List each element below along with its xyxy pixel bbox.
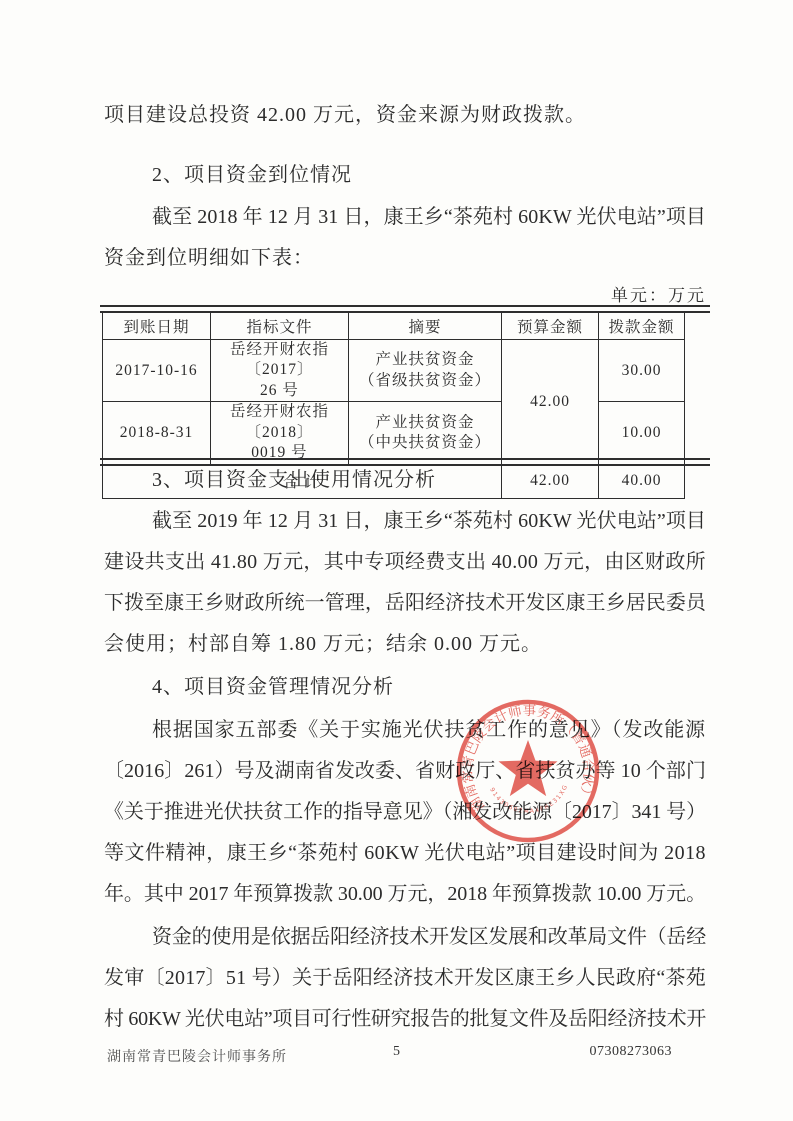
cell-allocated: 30.00 xyxy=(599,340,685,402)
body-line: 等文件精神，康王乡“茶苑村 60KW 光伏电站”项目建设时间为 2018 xyxy=(104,842,706,866)
body-line: 《关于推进光伏扶贫工作的指导意见》（湘发改能源〔2017〕341 号） xyxy=(104,801,706,825)
cell-date: 2017-10-16 xyxy=(103,340,211,402)
column-header-budget: 预算金额 xyxy=(502,313,599,340)
funds-table-wrapper: 到账日期 指标文件 摘要 预算金额 拨款金额 2017-10-16 岳经开财农指… xyxy=(102,312,685,499)
column-header-allocated: 拨款金额 xyxy=(599,313,685,340)
body-line: 截至 2018 年 12 月 31 日，康王乡“茶苑村 60KW 光伏电站”项目 xyxy=(104,206,706,230)
section-heading-4: 4、项目资金管理情况分析 xyxy=(104,676,706,700)
cell-summary: 产业扶贫资金 （省级扶贫资金） xyxy=(349,340,502,402)
body-line: 村 60KW 光伏电站”项目可行性研究报告的批复文件及岳阳经济技术开 xyxy=(104,1008,706,1032)
cell-date: 2018-8-31 xyxy=(103,402,211,464)
body-line: 资金的使用是依据岳阳经济技术开发区发展和改革局文件（岳经 xyxy=(104,926,706,950)
column-header-summary: 摘要 xyxy=(349,313,502,340)
cell-summary: 产业扶贫资金 （中央扶贫资金） xyxy=(349,402,502,464)
cell-budget-merged: 42.00 xyxy=(502,340,599,465)
table-total-row: 合 计 42.00 40.00 xyxy=(103,464,685,498)
cell-allocated: 10.00 xyxy=(599,402,685,464)
body-line: 会使用；村部自筹 1.80 万元；结余 0.00 万元。 xyxy=(104,633,706,657)
body-line: 〔2016〕261）号及湖南省发改委、省财政厅、省扶贫办等 10 个部门 xyxy=(104,760,706,784)
body-line: 资金到位明细如下表： xyxy=(104,247,706,271)
cell-total-budget: 42.00 xyxy=(502,464,599,498)
table-row: 2017-10-16 岳经开财农指〔2017〕 26 号 产业扶贫资金 （省级扶… xyxy=(103,340,685,402)
funds-table: 到账日期 指标文件 摘要 预算金额 拨款金额 2017-10-16 岳经开财农指… xyxy=(102,312,685,499)
cell-total-allocated: 40.00 xyxy=(599,464,685,498)
footer-page-number: 5 xyxy=(393,1044,401,1060)
section-heading-2: 2、项目资金到位情况 xyxy=(104,164,706,188)
body-line: 截至 2019 年 12 月 31 日，康王乡“茶苑村 60KW 光伏电站”项目 xyxy=(104,510,706,534)
table-unit-label: 单元：万元 xyxy=(500,281,706,306)
cell-total-label: 合 计 xyxy=(103,464,502,498)
body-line: 年。其中 2017 年预算拨款 30.00 万元，2018 年预算拨款 10.0… xyxy=(104,883,706,907)
body-line: 建设共支出 41.80 万元，其中专项经费支出 40.00 万元，由区财政所 xyxy=(104,551,706,575)
cell-doc: 岳经开财农指〔2017〕 26 号 xyxy=(211,340,349,402)
footer-firm-name: 湖南常青巴陵会计师事务所 xyxy=(107,1046,287,1066)
body-line: 项目建设总投资 42.00 万元，资金来源为财政拨款。 xyxy=(104,104,706,128)
body-line: 下拨至康王乡财政所统一管理，岳阳经济技术开发区康王乡居民委员 xyxy=(104,592,706,616)
table-header-row: 到账日期 指标文件 摘要 预算金额 拨款金额 xyxy=(103,313,685,340)
body-line: 根据国家五部委《关于实施光伏扶贫工作的意见》（发改能源 xyxy=(104,719,706,743)
cell-doc: 岳经开财农指〔2018〕 0019 号 xyxy=(211,402,349,464)
body-line: 发审〔2017〕51 号）关于岳阳经济技术开发区康王乡人民政府“茶苑 xyxy=(104,967,706,991)
column-header-date: 到账日期 xyxy=(103,313,211,340)
column-header-doc: 指标文件 xyxy=(211,313,349,340)
document-page: 项目建设总投资 42.00 万元，资金来源为财政拨款。 2、项目资金到位情况 截… xyxy=(0,0,793,1121)
footer-code: 07308273063 xyxy=(562,1044,672,1060)
